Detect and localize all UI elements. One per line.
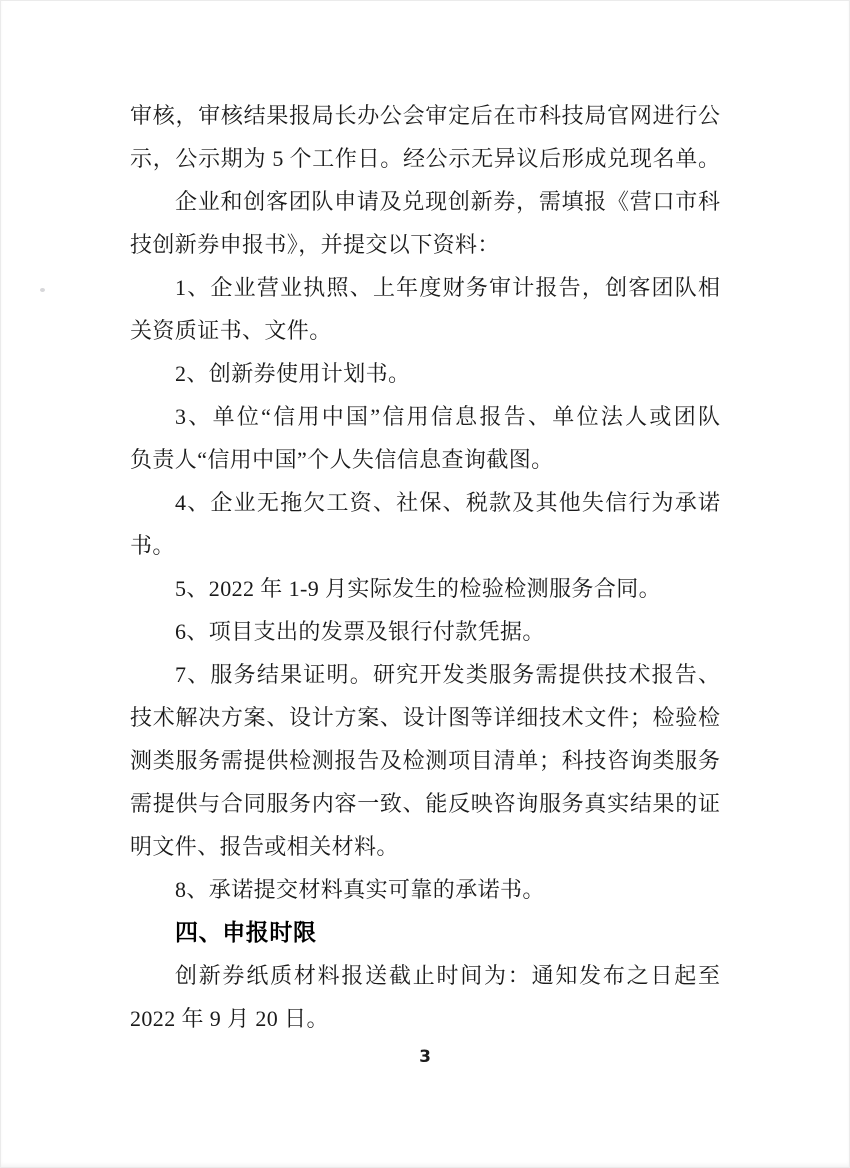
document-page: 审核，审核结果报局长办公会审定后在市科技局官网进行公示，公示期为 5 个工作日。… bbox=[0, 0, 850, 1168]
text-line: 技创新券申报书》，并提交以下资料： bbox=[130, 223, 720, 266]
text-line: 5、2022 年 1-9 月实际发生的检验检测服务合同。 bbox=[130, 567, 720, 610]
text-line-content: 2、创新券使用计划书。 bbox=[175, 361, 410, 386]
text-line: 书。 bbox=[130, 524, 720, 567]
text-line: 4、企业无拖欠工资、社保、税款及其他失信行为承诺 bbox=[130, 481, 720, 524]
text-line-content: 技创新券申报书》，并提交以下资料： bbox=[130, 232, 500, 257]
text-line-content: 8、承诺提交材料真实可靠的承诺书。 bbox=[175, 877, 545, 902]
page-number: 3 bbox=[419, 1047, 431, 1067]
scan-artifact-dot bbox=[40, 288, 45, 292]
text-line-content: 技术解决方案、设计方案、设计图等详细技术文件；检验检 bbox=[130, 705, 720, 730]
text-line-content: 7、服务结果证明。研究开发类服务需提供技术报告、 bbox=[175, 662, 720, 687]
text-line-content: 5、2022 年 1-9 月实际发生的检验检测服务合同。 bbox=[175, 576, 661, 601]
text-line: 测类服务需提供检测报告及检测项目清单；科技咨询类服务 bbox=[130, 739, 720, 782]
text-line-content: 明文件、报告或相关材料。 bbox=[130, 834, 399, 859]
text-line: 创新券纸质材料报送截止时间为：通知发布之日起至 bbox=[130, 954, 720, 997]
text-line: 7、服务结果证明。研究开发类服务需提供技术报告、 bbox=[130, 653, 720, 696]
text-line: 2、创新券使用计划书。 bbox=[130, 352, 720, 395]
text-line-content: 四、申报时限 bbox=[175, 919, 317, 945]
text-line: 关资质证书、文件。 bbox=[130, 309, 720, 352]
text-line-content: 示，公示期为 5 个工作日。经公示无异议后形成兑现名单。 bbox=[130, 146, 720, 171]
text-line: 负责人“信用中国”个人失信信息查询截图。 bbox=[130, 438, 720, 481]
text-line: 3、单位“信用中国”信用信息报告、单位法人或团队 bbox=[130, 395, 720, 438]
text-line-content: 测类服务需提供检测报告及检测项目清单；科技咨询类服务 bbox=[130, 748, 720, 773]
text-line: 企业和创客团队申请及兑现创新券，需填报《营口市科 bbox=[130, 180, 720, 223]
text-line: 6、项目支出的发票及银行付款凭据。 bbox=[130, 610, 720, 653]
text-line-content: 4、企业无拖欠工资、社保、税款及其他失信行为承诺 bbox=[175, 490, 720, 515]
text-line-content: 2022 年 9 月 20 日。 bbox=[130, 1006, 329, 1031]
text-line-content: 1、企业营业执照、上年度财务审计报告，创客团队相 bbox=[175, 275, 720, 300]
text-line-content: 企业和创客团队申请及兑现创新券，需填报《营口市科 bbox=[175, 189, 720, 214]
page-footer: 3 bbox=[0, 1039, 850, 1075]
text-line-content: 创新券纸质材料报送截止时间为：通知发布之日起至 bbox=[175, 963, 720, 988]
text-line-content: 需提供与合同服务内容一致、能反映咨询服务真实结果的证 bbox=[130, 791, 720, 816]
text-line: 1、企业营业执照、上年度财务审计报告，创客团队相 bbox=[130, 266, 720, 309]
text-line-content: 6、项目支出的发票及银行付款凭据。 bbox=[175, 619, 545, 644]
text-line: 8、承诺提交材料真实可靠的承诺书。 bbox=[130, 868, 720, 911]
text-line: 四、申报时限 bbox=[130, 911, 720, 954]
text-line-content: 关资质证书、文件。 bbox=[130, 318, 332, 343]
document-body: 审核，审核结果报局长办公会审定后在市科技局官网进行公示，公示期为 5 个工作日。… bbox=[130, 94, 720, 1040]
text-line: 2022 年 9 月 20 日。 bbox=[130, 997, 720, 1040]
text-line: 审核，审核结果报局长办公会审定后在市科技局官网进行公 bbox=[130, 94, 720, 137]
text-line-content: 审核，审核结果报局长办公会审定后在市科技局官网进行公 bbox=[130, 103, 720, 128]
text-line: 需提供与合同服务内容一致、能反映咨询服务真实结果的证 bbox=[130, 782, 720, 825]
text-line: 技术解决方案、设计方案、设计图等详细技术文件；检验检 bbox=[130, 696, 720, 739]
text-line-content: 负责人“信用中国”个人失信信息查询截图。 bbox=[130, 447, 554, 472]
text-line-content: 3、单位“信用中国”信用信息报告、单位法人或团队 bbox=[175, 404, 720, 429]
text-line-content: 书。 bbox=[130, 533, 175, 558]
text-line: 示，公示期为 5 个工作日。经公示无异议后形成兑现名单。 bbox=[130, 137, 720, 180]
text-line: 明文件、报告或相关材料。 bbox=[130, 825, 720, 868]
